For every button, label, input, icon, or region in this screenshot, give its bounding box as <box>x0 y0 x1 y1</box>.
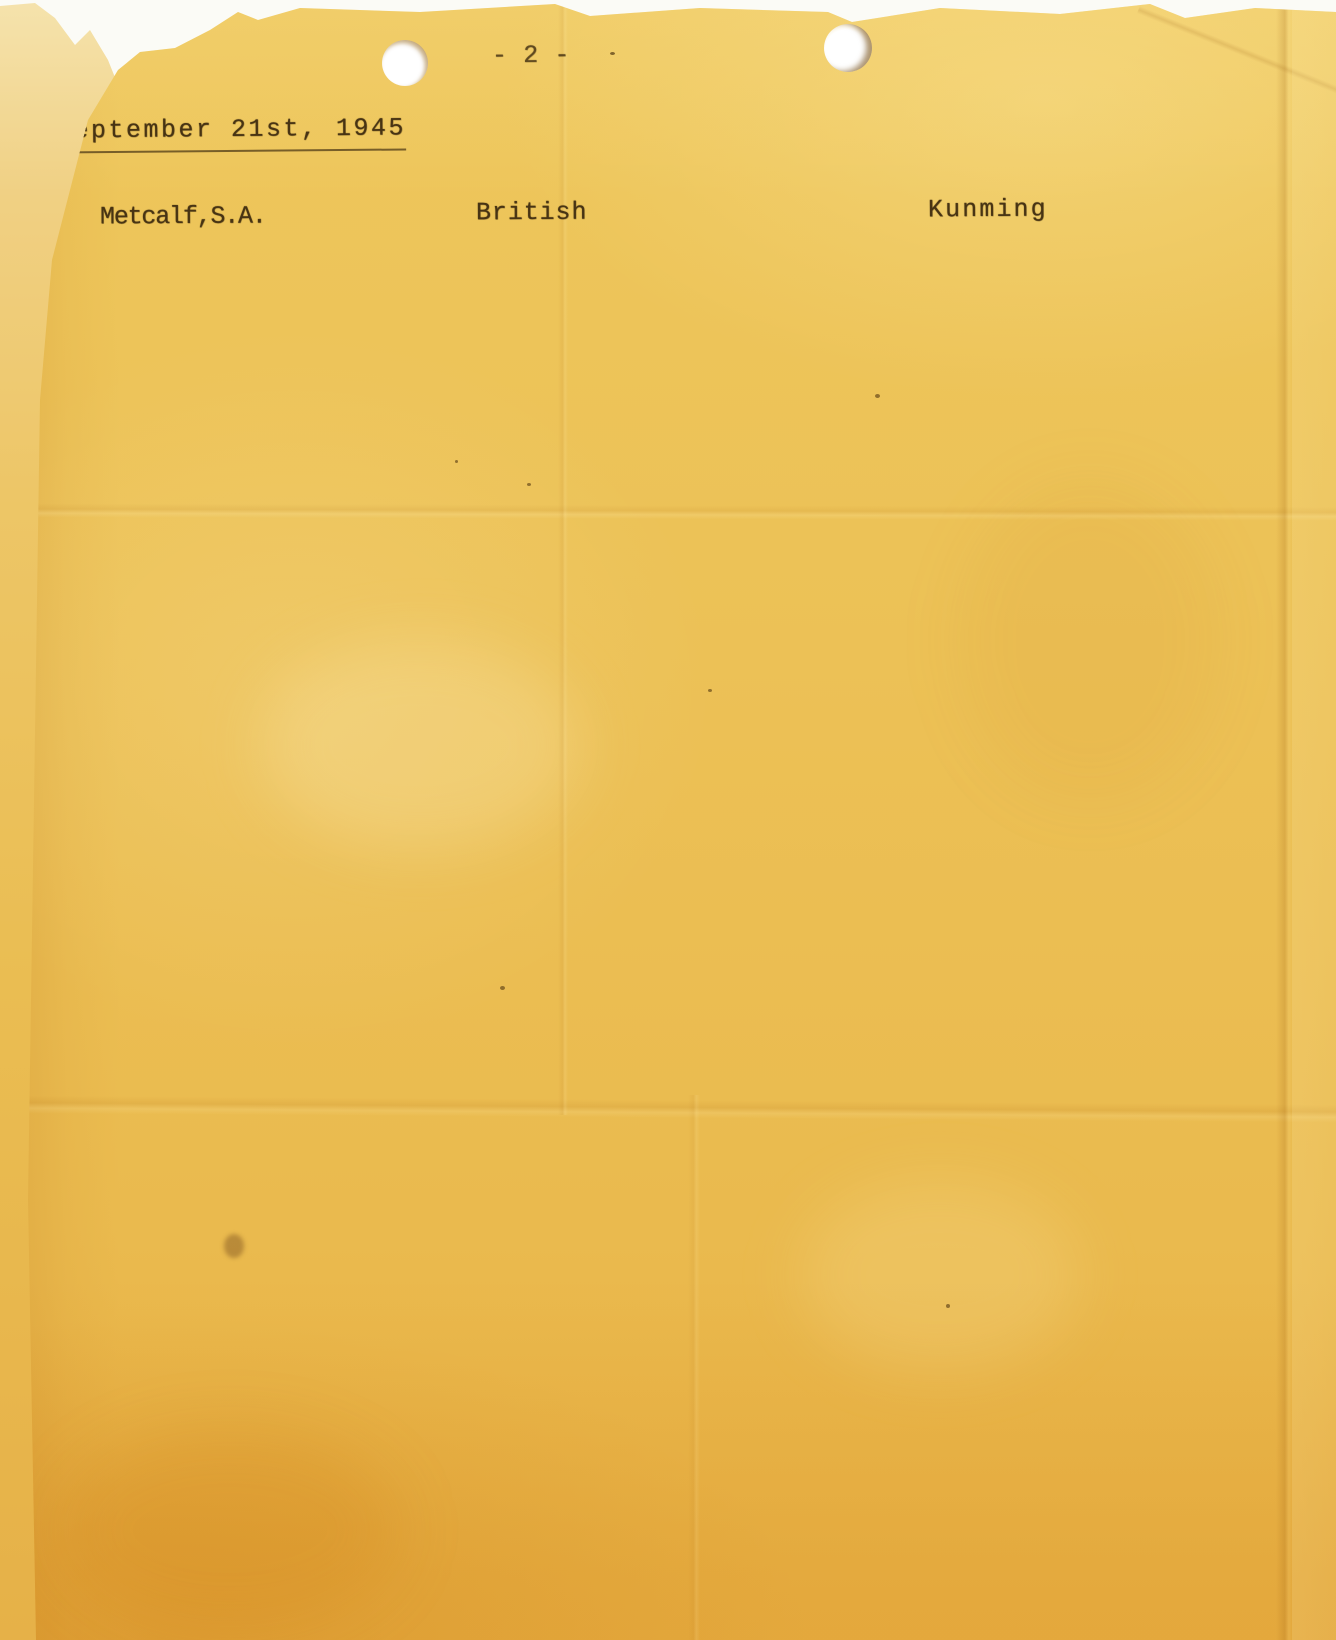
date-heading: September 21st, 1945 <box>56 114 406 153</box>
paper-stain <box>60 1430 400 1630</box>
person-location: Kunming <box>928 196 1048 226</box>
fold-crease-horizontal-1 <box>0 503 1336 520</box>
person-nationality: British <box>476 199 587 228</box>
paper-speck <box>708 689 712 692</box>
right-edge-strip <box>1292 0 1336 1640</box>
page-number: - 2 - <box>492 42 570 71</box>
paper-speck <box>455 460 458 463</box>
paper-stain <box>960 480 1220 800</box>
fold-crease-vertical-2 <box>688 1095 700 1640</box>
paper-stain <box>260 640 580 850</box>
paper-speck <box>875 394 880 398</box>
fold-crease-horizontal-2 <box>0 1095 1336 1122</box>
person-name: Metcalf,S.A. <box>100 203 266 233</box>
paper-stain <box>800 1180 1080 1370</box>
punch-hole-left <box>382 40 428 86</box>
fold-crease-vertical-1 <box>558 0 568 1115</box>
right-edge-crease <box>1276 0 1292 1640</box>
paper-speck <box>610 52 615 55</box>
paper-smudge <box>224 1234 244 1258</box>
paper-speck <box>527 483 531 486</box>
paper-speck <box>500 986 505 990</box>
punch-hole-right <box>824 24 872 72</box>
paper-speck <box>946 1304 950 1308</box>
document-page: - 2 - September 21st, 1945 Metcalf,S.A. … <box>0 0 1336 1640</box>
scan-background: - 2 - September 21st, 1945 Metcalf,S.A. … <box>0 0 1336 1640</box>
